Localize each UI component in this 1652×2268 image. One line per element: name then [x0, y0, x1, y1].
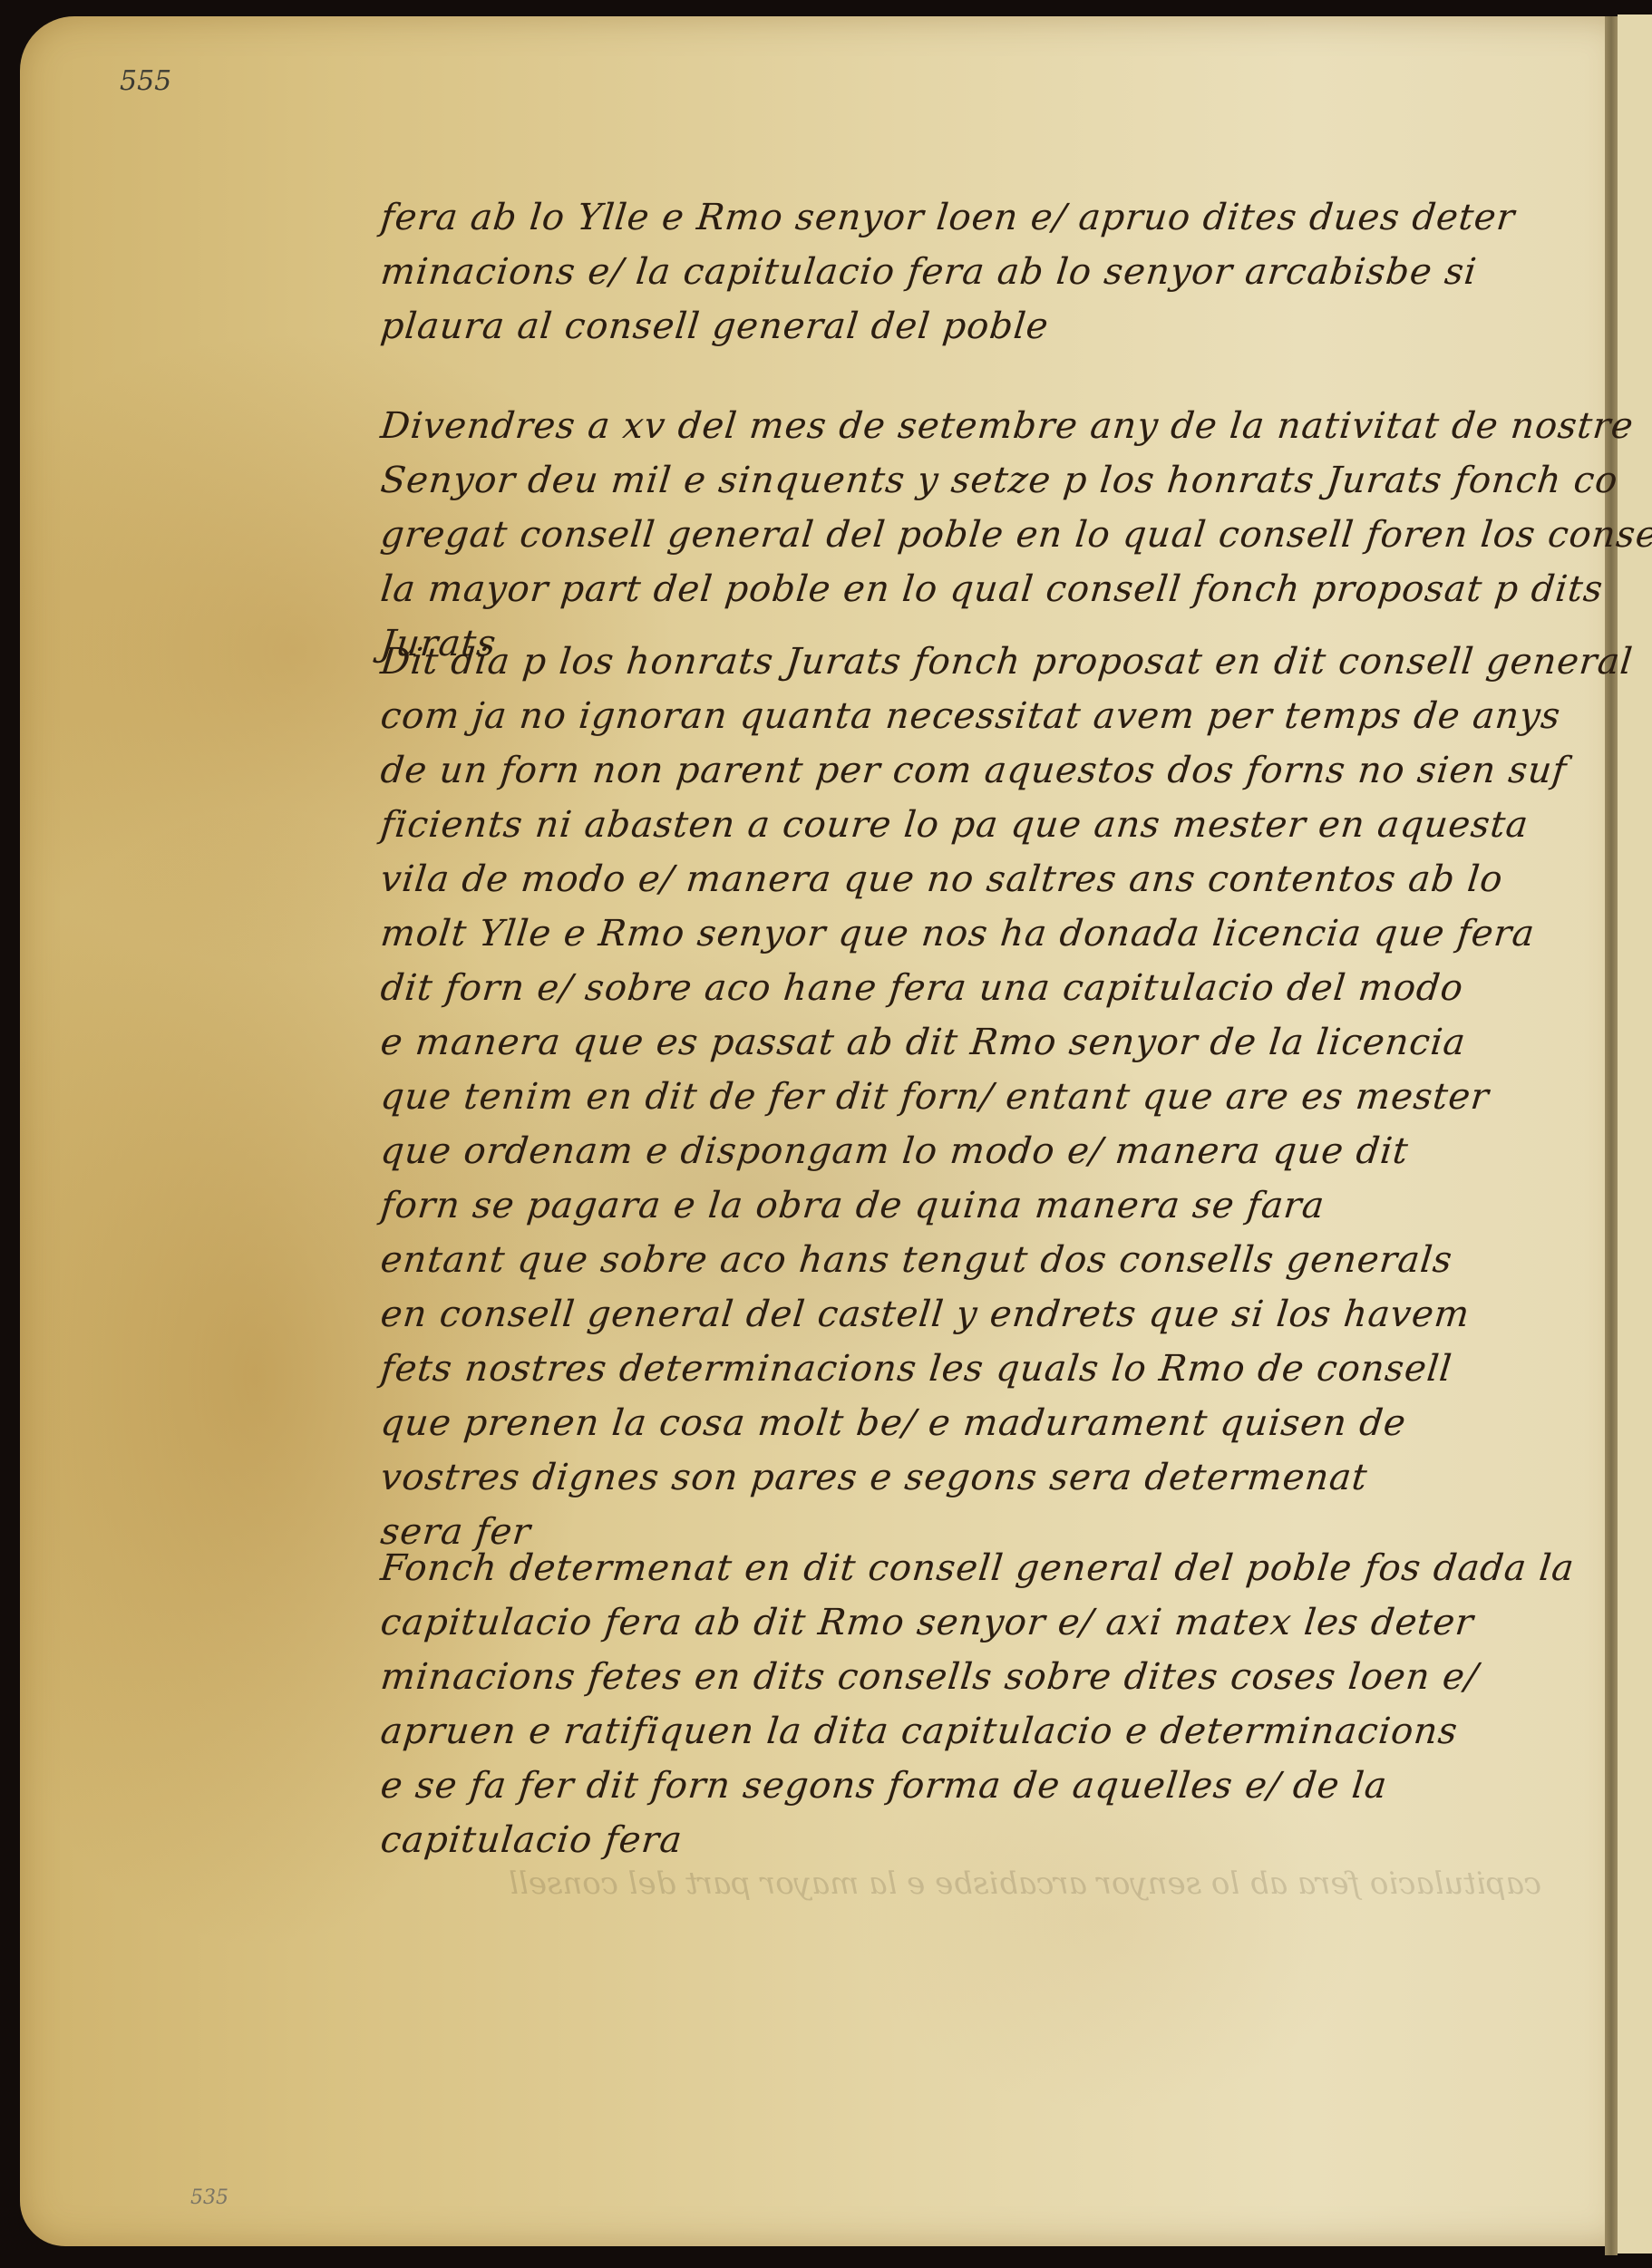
text-line: com ja no ignoran quanta necessitat avem… — [378, 689, 1435, 743]
text-line: vostres dignes son pares e segons sera d… — [378, 1450, 1435, 1505]
text-line: Dit dia p los honrats Jurats fonch propo… — [378, 635, 1435, 689]
text-line: e manera que es passat ab dit Rmo senyor… — [378, 1015, 1435, 1070]
text-line: entant que sobre aco hans tengut dos con… — [378, 1233, 1435, 1287]
text-line: Divendres a xv del mes de setembre any d… — [378, 399, 1435, 453]
text-line: capitulacio fera — [378, 1813, 1435, 1867]
text-line: ficients ni abasten a coure lo pa que an… — [378, 798, 1435, 852]
paragraph-2: Divendres a xv del mes de setembre any d… — [381, 399, 1433, 671]
text-line: capitulacio fera ab dit Rmo senyor e/ ax… — [378, 1595, 1435, 1650]
book-gutter — [1605, 16, 1618, 2255]
facing-page-edge — [1618, 15, 1652, 2253]
paragraph-4: Fonch determenat en dit consell general … — [381, 1541, 1433, 1867]
folio-number-top: 555 — [120, 65, 171, 97]
text-line: la mayor part del poble en lo qual conse… — [378, 562, 1435, 616]
paragraph-1: fera ab lo Ylle e Rmo senyor loen e/ apr… — [381, 190, 1433, 354]
text-line: que prenen la cosa molt be/ e madurament… — [378, 1396, 1435, 1450]
text-line: e se fa fer dit forn segons forma de aqu… — [378, 1759, 1435, 1813]
text-line: en consell general del castell y endrets… — [378, 1287, 1435, 1342]
text-line: gregat consell general del poble en lo q… — [378, 508, 1435, 562]
text-line: dit forn e/ sobre aco hane fera una capi… — [378, 961, 1435, 1015]
text-line: que tenim en dit de fer dit forn/ entant… — [378, 1070, 1435, 1124]
text-line: plaura al consell general del poble — [378, 299, 1435, 354]
text-line: que ordenam e dispongam lo modo e/ maner… — [378, 1124, 1435, 1178]
text-line: fera ab lo Ylle e Rmo senyor loen e/ apr… — [378, 190, 1435, 245]
paragraph-3: Dit dia p los honrats Jurats fonch propo… — [381, 635, 1433, 1559]
text-line: molt Ylle e Rmo senyor que nos ha donada… — [378, 906, 1435, 961]
text-line: vila de modo e/ manera que no saltres an… — [378, 852, 1435, 906]
text-line: apruen e ratifiquen la dita capitulacio … — [378, 1704, 1435, 1759]
text-line: Fonch determenat en dit consell general … — [378, 1541, 1435, 1595]
text-line: minacions fetes en dits consells sobre d… — [378, 1650, 1435, 1704]
text-line: fets nostres determinacions les quals lo… — [378, 1342, 1435, 1396]
text-line: minacions e/ la capitulacio fera ab lo s… — [378, 245, 1435, 299]
text-line: de un forn non parent per com aquestos d… — [378, 743, 1435, 798]
text-line: forn se pagara e la obra de quina manera… — [378, 1178, 1435, 1233]
bleed-through-text: capitulacio fera ab lo senyor arcabisbe … — [181, 1858, 1541, 2203]
text-line: Senyor deu mil e sinquents y setze p los… — [378, 453, 1435, 508]
